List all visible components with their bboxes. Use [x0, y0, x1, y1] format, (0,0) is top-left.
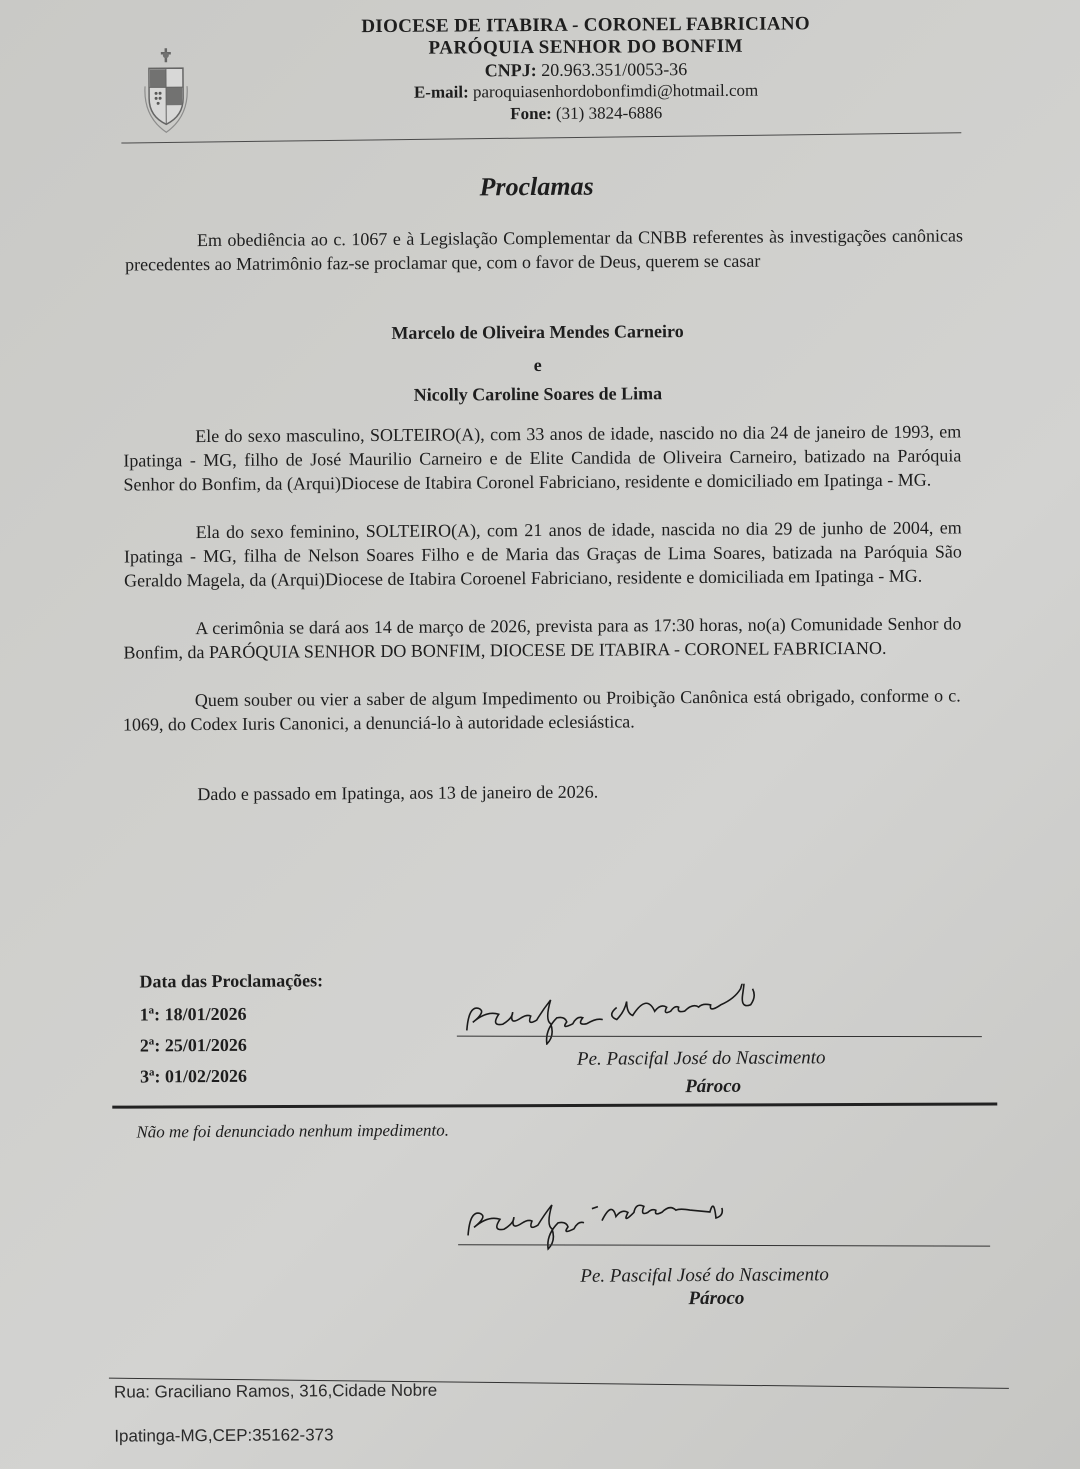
- given-date-line: Dado e passado em Ipatinga, aos 13 de ja…: [197, 782, 598, 805]
- diocese-crest-icon: [143, 46, 190, 138]
- signatory-role: Pároco: [688, 1288, 744, 1310]
- proclamation-date-3: 3ª: 01/02/2026: [140, 1060, 324, 1092]
- proclamation-date-2: 2ª: 25/01/2026: [140, 1029, 324, 1061]
- document-page: DIOCESE DE ITABIRA - CORONEL FABRICIANO …: [0, 0, 1080, 1469]
- impediment-text: Quem souber ou vier a saber de algum Imp…: [123, 685, 961, 734]
- signature-block-2: Pe. Pascifal José do Nascimento Pároco: [458, 1197, 994, 1310]
- footer-city: Ipatinga-MG,CEP:35162-373: [114, 1425, 333, 1446]
- date-value: 01/02/2026: [165, 1066, 247, 1087]
- signature-block-1: Pe. Pascifal José do Nascimento Pároco: [457, 982, 988, 1105]
- bride-text: Ela do sexo feminino, SOLTEIRO(A), com 2…: [124, 517, 962, 590]
- email-value: paroquiasenhordobonfimdi@hotmail.com: [473, 81, 758, 102]
- phone-label: Fone:: [510, 104, 552, 123]
- diocese-name: DIOCESE DE ITABIRA - CORONEL FABRICIANO: [296, 12, 876, 39]
- signatory-name: Pe. Pascifal José do Nascimento: [577, 1047, 826, 1071]
- groom-name: Marcelo de Oliveira Mendes Carneiro: [0, 319, 1078, 347]
- cnpj-value: 20.963.351/0053-36: [541, 59, 687, 80]
- footer-address: Rua: Graciliano Ramos, 316,Cidade Nobre: [114, 1381, 437, 1403]
- signatory-role: Pároco: [685, 1076, 741, 1098]
- date-value: 18/01/2026: [165, 1004, 247, 1025]
- impediment-paragraph: Quem souber ou vier a saber de algum Imp…: [123, 683, 961, 736]
- couple-connector: e: [0, 352, 1078, 380]
- section-divider: [112, 1103, 997, 1109]
- bride-name: Nicolly Caroline Soares de Lima: [0, 381, 1078, 409]
- date-label: 3ª:: [140, 1066, 161, 1086]
- groom-paragraph: Ele do sexo masculino, SOLTEIRO(A), com …: [123, 419, 961, 496]
- email-label: E-mail:: [414, 82, 469, 101]
- intro-paragraph: Em obediência ao c. 1067 e à Legislação …: [125, 223, 963, 276]
- no-impediment-note: Não me foi denunciado nenhum impedimento…: [136, 1121, 449, 1143]
- proclamation-date-1: 1ª: 18/01/2026: [140, 998, 324, 1030]
- letterhead: DIOCESE DE ITABIRA - CORONEL FABRICIANO …: [296, 12, 877, 127]
- proclamation-dates: Data das Proclamações: 1ª: 18/01/2026 2ª…: [139, 965, 323, 1092]
- phone-value: (31) 3824-6886: [556, 103, 662, 123]
- header-divider: [121, 132, 961, 143]
- intro-text: Em obediência ao c. 1067 e à Legislação …: [125, 225, 963, 274]
- document-title: Proclamas: [0, 169, 1077, 206]
- signatory-name: Pe. Pascifal José do Nascimento: [580, 1264, 829, 1288]
- handwritten-signature-icon: [458, 1198, 878, 1261]
- date-label: 2ª:: [140, 1035, 161, 1055]
- proclamation-dates-heading: Data das Proclamações:: [139, 965, 323, 997]
- date-value: 25/01/2026: [165, 1035, 247, 1056]
- groom-text: Ele do sexo masculino, SOLTEIRO(A), com …: [123, 421, 961, 494]
- ceremony-text: A cerimônia se dará aos 14 de março de 2…: [123, 613, 961, 662]
- ceremony-paragraph: A cerimônia se dará aos 14 de março de 2…: [123, 611, 961, 664]
- bride-paragraph: Ela do sexo feminino, SOLTEIRO(A), com 2…: [124, 515, 962, 592]
- cnpj-label: CNPJ:: [485, 60, 537, 80]
- date-label: 1ª:: [140, 1004, 161, 1024]
- phone: Fone: (31) 3824-6886: [296, 101, 876, 127]
